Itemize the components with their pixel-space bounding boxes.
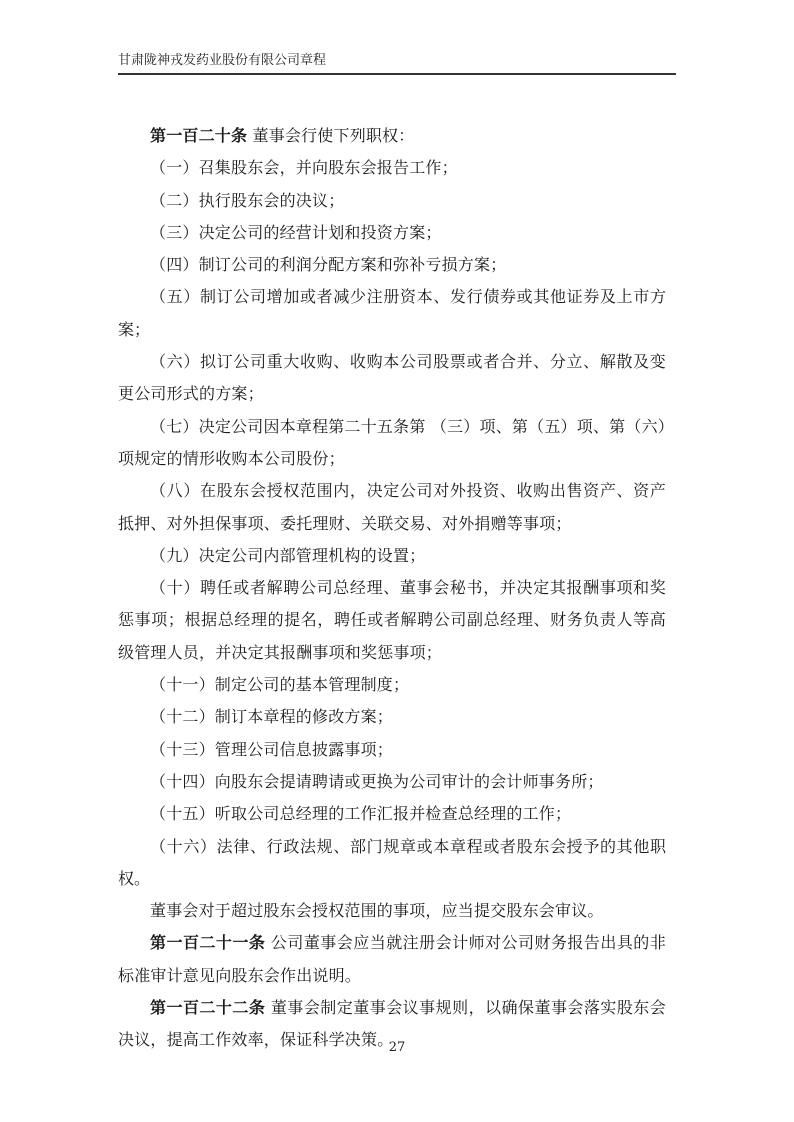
- list-item: （一）召集股东会，并向股东会报告工作；: [118, 152, 666, 184]
- list-item: （八）在股东会授权范围内，决定公司对外投资、收购出售资产、资产抵押、对外担保事项…: [118, 475, 666, 540]
- article-121: 第一百二十一条 公司董事会应当就注册会计师对公司财务报告出具的非标准审计意见向股…: [118, 927, 666, 992]
- list-item: （七）决定公司因本章程第二十五条第 （三）项、第（五）项、第（六）项规定的情形收…: [118, 411, 666, 476]
- article-heading: 第一百二十一条: [150, 933, 265, 952]
- list-item: （十一）制定公司的基本管理制度；: [118, 669, 666, 701]
- page-number: 27: [0, 1040, 794, 1055]
- list-item: （十）聘任或者解聘公司总经理、董事会秘书，并决定其报酬事项和奖惩事项；根据总经理…: [118, 572, 666, 669]
- article-heading: 第一百二十条: [150, 126, 247, 145]
- list-item: （三）决定公司的经营计划和投资方案；: [118, 217, 666, 249]
- document-title: 甘肃陇神戎发药业股份有限公司章程: [118, 52, 676, 70]
- article-120: 第一百二十条 董事会行使下列职权：: [118, 120, 666, 152]
- list-item: （十四）向股东会提请聘请或更换为公司审计的会计师事务所；: [118, 766, 666, 798]
- list-item: （九）决定公司内部管理机构的设置；: [118, 540, 666, 572]
- article-text: 董事会行使下列职权：: [253, 126, 415, 145]
- list-item: （二）执行股东会的决议；: [118, 185, 666, 217]
- list-item: （四）制订公司的利润分配方案和弥补亏损方案；: [118, 249, 666, 281]
- header-divider: [118, 73, 676, 75]
- list-item: （六）拟订公司重大收购、收购本公司股票或者合并、分立、解散及变更公司形式的方案；: [118, 346, 666, 411]
- closing-paragraph: 董事会对于超过股东会授权范围的事项，应当提交股东会审议。: [118, 895, 666, 927]
- list-item: （十二）制订本章程的修改方案；: [118, 701, 666, 733]
- list-item: （十五）听取公司总经理的工作汇报并检查总经理的工作；: [118, 798, 666, 830]
- list-item: （五）制订公司增加或者减少注册资本、发行债券或其他证券及上市方案；: [118, 281, 666, 346]
- page-header: 甘肃陇神戎发药业股份有限公司章程: [118, 52, 676, 70]
- article-heading: 第一百二十二条: [150, 998, 265, 1017]
- list-item: （十三）管理公司信息披露事项；: [118, 734, 666, 766]
- list-item: （十六）法律、行政法规、部门规章或本章程或者股东会授予的其他职权。: [118, 831, 666, 896]
- document-body: 第一百二十条 董事会行使下列职权： （一）召集股东会，并向股东会报告工作； （二…: [118, 120, 666, 1057]
